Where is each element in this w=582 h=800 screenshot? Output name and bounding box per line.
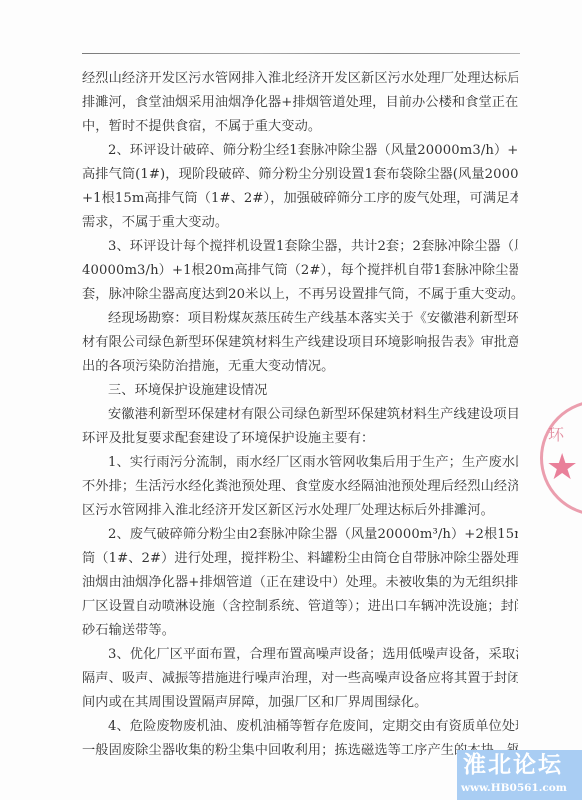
paragraph-line: 筒（1#、2#）进行处理，搅拌粉尘、料罐粉尘由筒仓自带脉冲除尘器处理，食堂 <box>82 547 518 571</box>
paragraph-line: 3、环评设计每个搅拌机设置1套除尘器，共计2套；2套脉冲除尘器（风量 <box>108 235 518 259</box>
paragraph-line: 厂区设置自动喷淋设施（含控制系统、管道等）；进出口车辆冲洗设施；封闭的 <box>82 595 518 619</box>
forum-watermark: 淮北论坛 www.HB0561.com <box>457 750 582 800</box>
paragraph-line: 套，脉冲除尘器高度达到20米以上，不再另设置排气筒，不属于重大变动。 <box>82 283 518 307</box>
paragraph-line: 4、危险废物废机油、废机油桶等暂存危废间，定期交由有资质单位处理； <box>108 715 518 739</box>
paragraph-line: 2、环评设计破碎、筛分粉尘经1套脉冲除尘器（风量20000m3/h）+1根15m <box>108 139 518 163</box>
paragraph-line: 材有限公司绿色新型环保建筑材料生产线建设项目环境影响报告表》审批意见提 <box>82 331 518 355</box>
seal-star-icon: ★ <box>546 450 578 486</box>
paragraph-line: 安徽港利新型环保建材有限公司绿色新型环保建筑材料生产线建设项目按 <box>108 403 518 427</box>
paragraph-line: 砂石输送带等。 <box>82 619 518 643</box>
paragraph-line: 经现场勘察：项目粉煤灰蒸压砖生产线基本落实关于《安徽港利新型环保建 <box>108 307 518 331</box>
paragraph-line: 经烈山经济开发区污水管网排入淮北经济开发区新区污水处理厂处理达标后外 <box>82 67 518 91</box>
paragraph-line: 间内或在其周围设置隔声屏障，加强厂区和厂界周围绿化。 <box>82 691 518 715</box>
paragraph-line: 隔声、吸声、减振等措施进行噪声治理，对一些高噪声设备应将其置于封闭的隔 <box>82 667 518 691</box>
watermark-url: www.HB0561.com <box>461 781 567 795</box>
official-seal-stamp: 环 ★ <box>540 400 582 520</box>
watermark-title: 淮北论坛 <box>463 751 563 779</box>
document-page: 经烈山经济开发区污水管网排入淮北经济开发区新区污水处理厂处理达标后外排濉河，食堂… <box>0 0 582 800</box>
paragraph-line: 区污水管网排入淮北经济开发区新区污水处理厂处理达标后外排濉河。 <box>82 499 518 523</box>
paragraph-line: 环评及批复要求配套建设了环境保护设施主要有： <box>82 427 518 451</box>
paragraph-line: 中，暂时不提供食宿，不属于重大变动。 <box>82 115 518 139</box>
paragraph-line: 一般固废除尘器收集的粉尘集中回收利用；拣选磁选等工序产生的木块、钢筋和 <box>82 739 518 763</box>
paragraph-line: 1、实行雨污分流制，雨水经厂区雨水管网收集后用于生产；生产废水回用， <box>108 451 518 475</box>
paragraph-line: 不外排；生活污水经化粪池预处理、食堂废水经隔油池预处理后经烈山经济开发 <box>82 475 518 499</box>
header-rule <box>82 53 520 54</box>
paragraph-line: 油烟由油烟净化器+排烟管道（正在建设中）处理。未被收集的为无组织排放， <box>82 571 518 595</box>
paragraph-line: 高排气筒(1#)，现阶段破碎、筛分粉尘分别设置1套布袋除尘器(风量20000m3… <box>82 163 518 187</box>
paragraph-line: 3、优化厂区平面布置，合理布置高噪声设备；选用低噪声设备，采取消音、 <box>108 643 518 667</box>
paragraph-line: 2、废气破碎筛分粉尘由2套脉冲除尘器（风量20000m³/h）+2根15m高排气 <box>108 523 518 547</box>
paragraph-line: 需求，不属于重大变动。 <box>82 211 518 235</box>
page-number: 2 <box>284 743 289 754</box>
paragraph-line: 出的各项污染防治措施，无重大变动情况。 <box>82 355 518 379</box>
paragraph-line: 三、环境保护设施建设情况 <box>108 379 518 403</box>
paragraph-line: 排濉河，食堂油烟采用油烟净化器+排烟管道处理，目前办公楼和食堂正在建设 <box>82 91 518 115</box>
seal-text: 环 <box>548 422 564 445</box>
paragraph-line: 40000m3/h）+1根20m高排气筒（2#），每个搅拌机自带1套脉冲除尘器，… <box>82 259 518 283</box>
paragraph-line: +1根15m高排气筒（1#、2#），加强破碎筛分工序的废气处理，可满足本项目生产 <box>82 187 518 211</box>
